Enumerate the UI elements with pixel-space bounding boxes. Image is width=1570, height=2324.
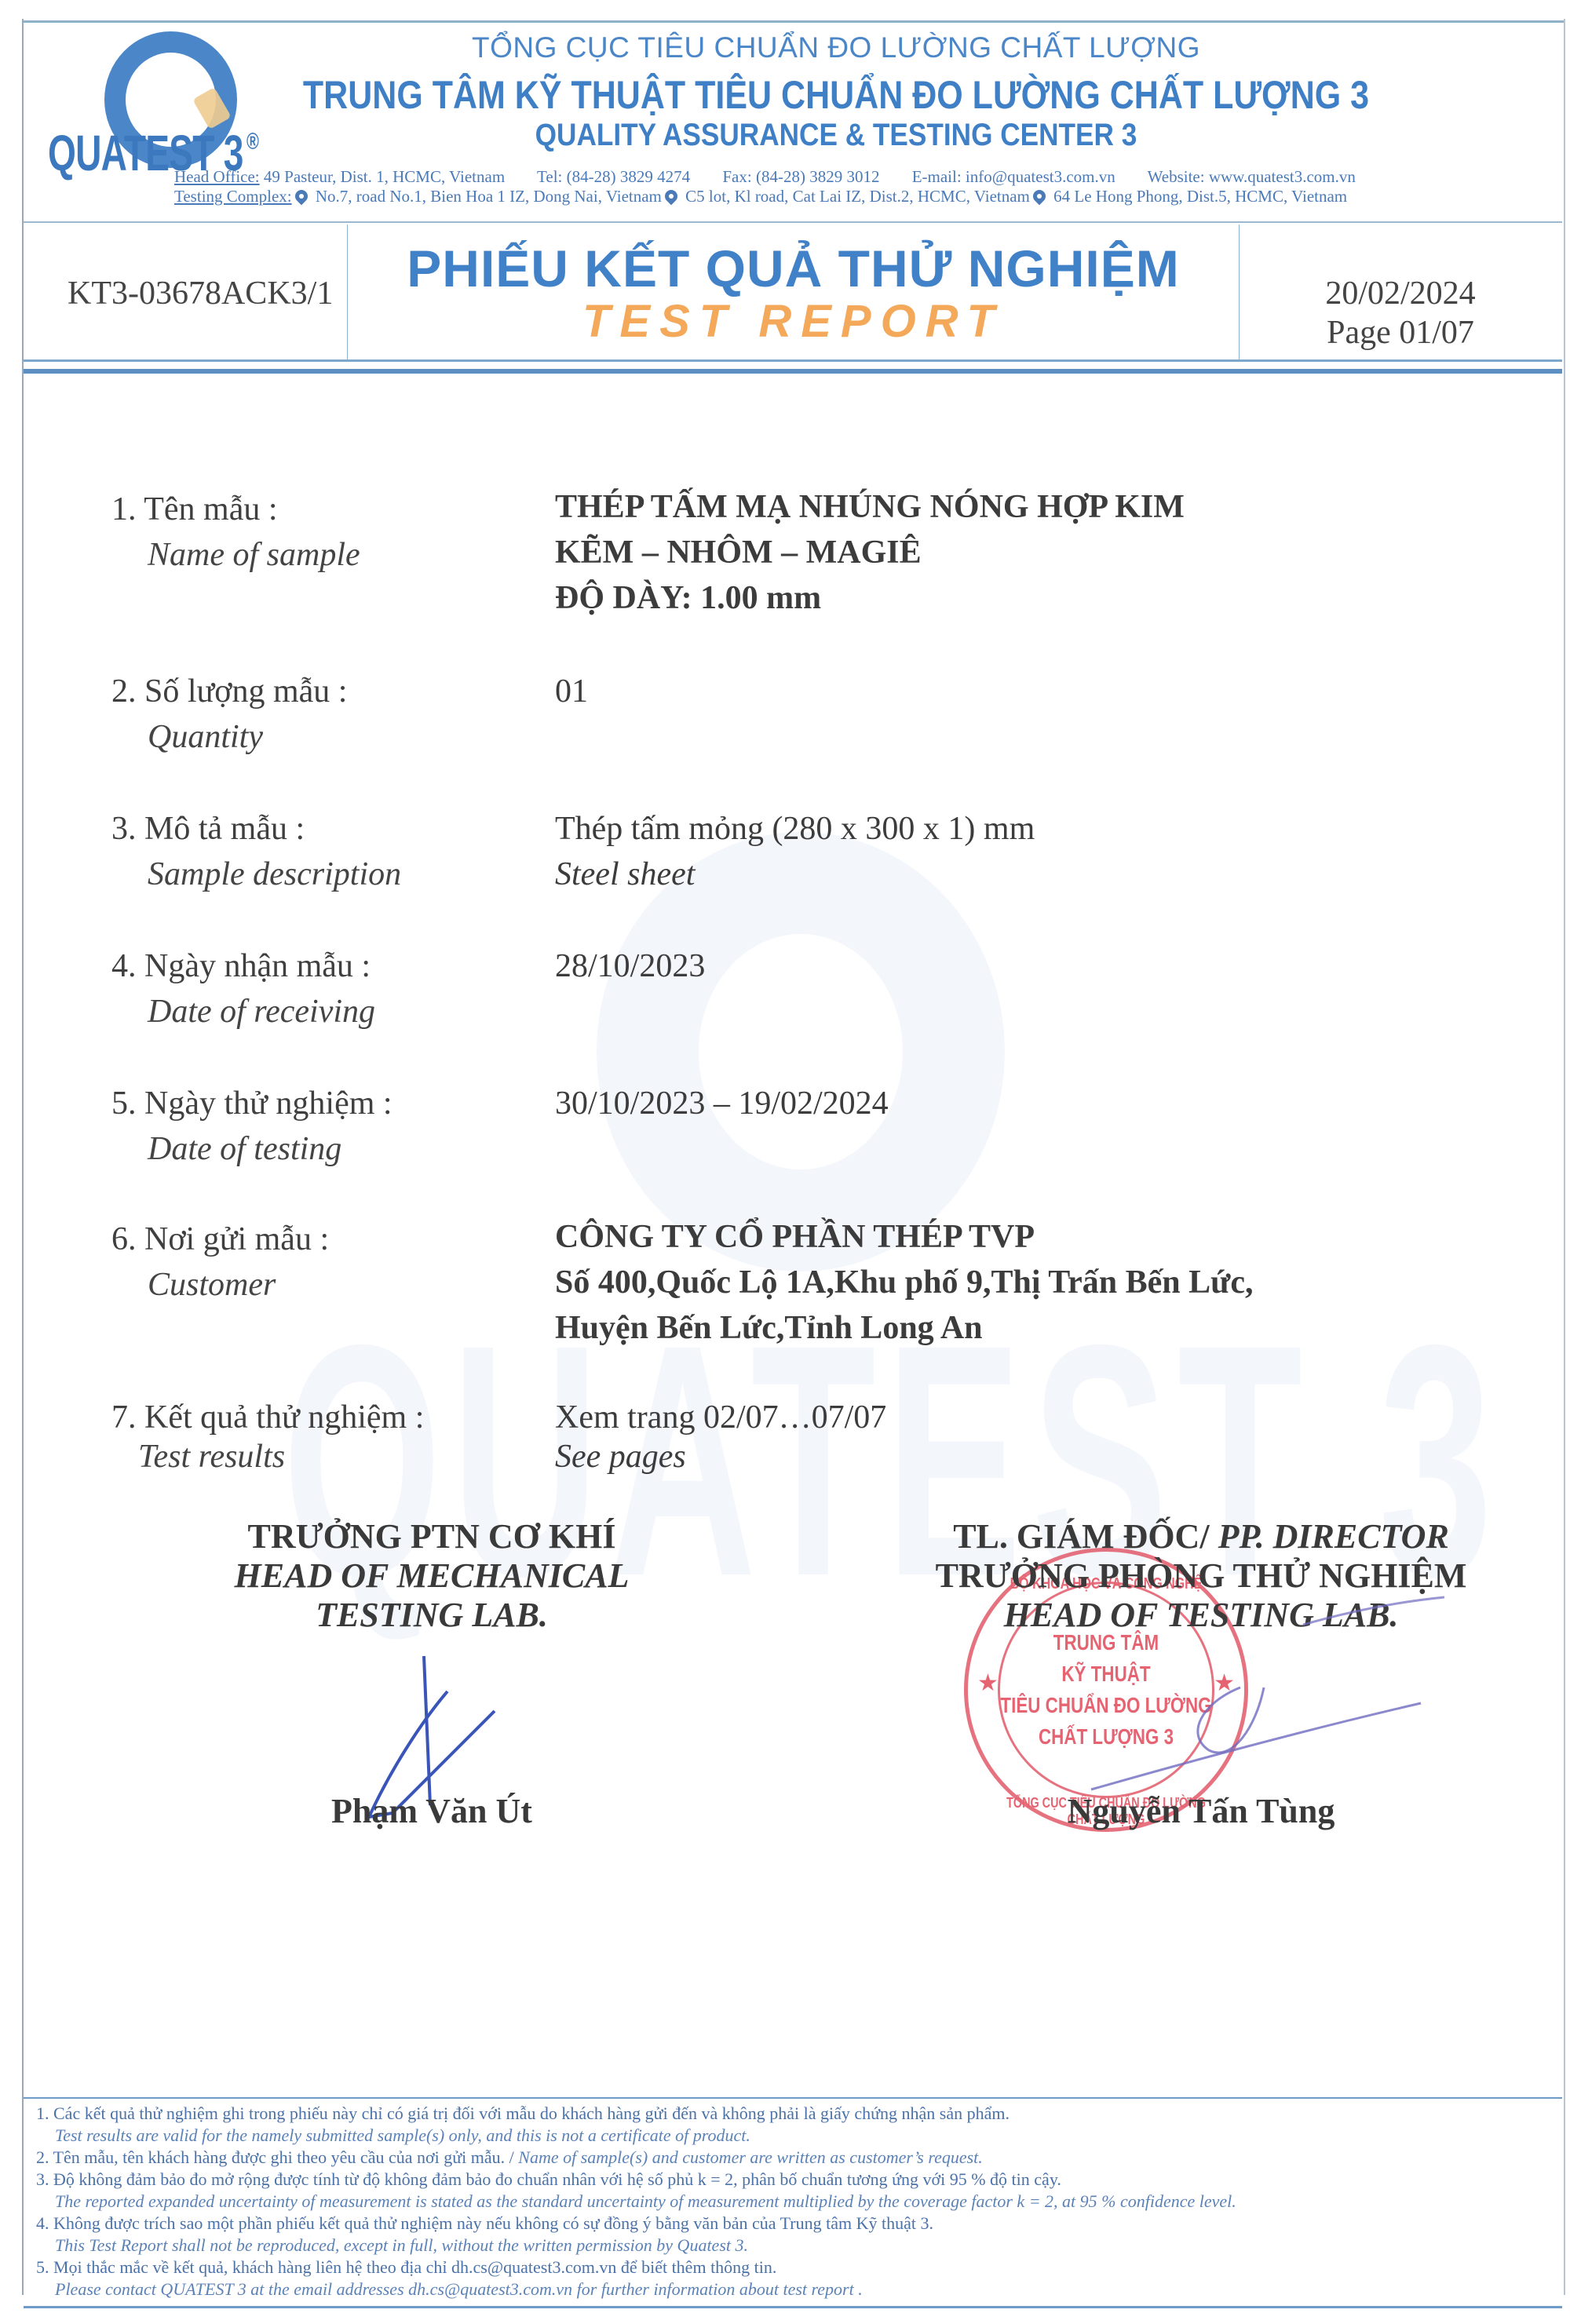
field-label: 1. Tên mẫu : xyxy=(111,491,278,528)
field-sublabel: Date of testing xyxy=(148,1130,341,1168)
head-office-line: Head Office: 49 Pasteur, Dist. 1, HCMC, … xyxy=(174,167,1356,187)
testing-complex-address-3: 64 Le Hong Phong, Dist.5, HCMC, Vietnam xyxy=(1053,187,1347,206)
field-value: Huyện Bến Lức,Tỉnh Long An xyxy=(555,1309,983,1347)
field-value: Thép tấm mỏng (280 x 300 x 1) mm xyxy=(555,810,1035,848)
note-5-vn: 5. Mọi thắc mắc về kết quả, khách hàng l… xyxy=(36,2257,776,2278)
signer-name: Nguyễn Tấn Tùng xyxy=(895,1791,1507,1831)
report-date: 20/02/2024 xyxy=(1239,275,1562,312)
note-3-en: The reported expanded uncertainty of mea… xyxy=(55,2191,1236,2212)
field-sublabel: Date of receiving xyxy=(148,993,375,1031)
signer-name: Phạm Văn Út xyxy=(149,1791,714,1831)
email: E-mail: info@quatest3.com.vn xyxy=(912,167,1115,186)
notes-divider-top xyxy=(24,2097,1562,2099)
head-office-label: Head Office: xyxy=(174,167,260,186)
field-sublabel: Quantity xyxy=(148,718,263,756)
note-4-vn: 4. Không được trích sao một phần phiếu k… xyxy=(36,2213,933,2234)
field-sublabel: Customer xyxy=(148,1266,276,1304)
note-3-vn: 3. Độ không đảm bảo đo mở rộng được tính… xyxy=(36,2169,1061,2190)
field-label: 5. Ngày thử nghiệm : xyxy=(111,1085,392,1122)
website: Website: www.quatest3.com.vn xyxy=(1148,167,1356,186)
title-rule-thin xyxy=(24,359,1562,362)
note-1-en: Test results are valid for the namely su… xyxy=(55,2125,750,2146)
field-sublabel: Name of sample xyxy=(148,536,360,574)
signature-scribble-icon xyxy=(1044,1593,1452,1797)
signer-title-vn: TRƯỞNG PTN CƠ KHÍ xyxy=(149,1516,714,1556)
note-4-en: This Test Report shall not be reproduced… xyxy=(55,2235,748,2256)
report-number: KT3-03678ACK3/1 xyxy=(68,275,333,312)
field-value: Steel sheet xyxy=(555,856,695,893)
agency-name: TỔNG CỤC TIÊU CHUẨN ĐO LƯỜNG CHẤT LƯỢNG xyxy=(0,31,1570,64)
field-value: Xem trang 02/07…07/07 xyxy=(555,1399,886,1436)
testing-complex-address-1: No.7, road No.1, Bien Hoa 1 IZ, Dong Nai… xyxy=(316,187,662,206)
field-label: 4. Ngày nhận mẫu : xyxy=(111,947,371,985)
field-value: ĐỘ DÀY: 1.00 mm xyxy=(555,579,821,617)
field-label: 3. Mô tả mẫu : xyxy=(111,810,305,848)
field-value: CÔNG TY CỔ PHẦN THÉP TVP xyxy=(555,1218,1035,1256)
signer-title-en: HEAD OF MECHANICAL xyxy=(149,1556,714,1596)
testing-complex-address-2: C5 lot, Kl road, Cat Lai IZ, Dist.2, HCM… xyxy=(685,187,1030,206)
field-value: Số 400,Quốc Lộ 1A,Khu phố 9,Thị Trấn Bến… xyxy=(555,1264,1254,1301)
field-value: KẼM – NHÔM – MAGIÊ xyxy=(555,534,922,571)
location-pin-icon xyxy=(292,188,310,206)
location-pin-icon xyxy=(1031,188,1049,206)
star-icon: ★ xyxy=(977,1669,999,1697)
signer-title-line2: TRƯỞNG PHÒNG THỬ NGHIỆM xyxy=(895,1556,1507,1596)
title-rule-thick xyxy=(24,369,1562,374)
page-number: Page 01/07 xyxy=(1239,314,1562,352)
location-pin-icon xyxy=(663,188,681,206)
field-label: 6. Nơi gửi mẫu : xyxy=(111,1220,329,1258)
testing-complex-line: Testing Complex: No.7, road No.1, Bien H… xyxy=(174,187,1347,206)
note-1-vn: 1. Các kết quả thử nghiệm ghi trong phiế… xyxy=(36,2103,1010,2124)
field-sublabel: Sample description xyxy=(148,856,401,893)
watermark-logo-ring xyxy=(597,832,1005,1271)
field-value: THÉP TẤM MẠ NHÚNG NÓNG HỢP KIM xyxy=(555,488,1185,526)
report-title-vn: PHIẾU KẾT QUẢ THỬ NGHIỆM xyxy=(348,239,1239,298)
field-value: 28/10/2023 xyxy=(555,947,705,985)
field-value: See pages xyxy=(555,1438,686,1476)
center-name-vn: TRUNG TÂM KỸ THUẬT TIÊU CHUẨN ĐO LƯỜNG C… xyxy=(117,72,1467,118)
field-label: 7. Kết quả thử nghiệm : xyxy=(111,1399,424,1436)
report-title-en: TEST REPORT xyxy=(348,295,1239,348)
note-2: 2. Tên mẫu, tên khách hàng được ghi theo… xyxy=(36,2147,983,2168)
note-5-en: Please contact QUATEST 3 at the email ad… xyxy=(55,2279,863,2300)
center-name-en: QUALITY ASSURANCE & TESTING CENTER 3 xyxy=(100,118,1482,153)
testing-complex-label: Testing Complex: xyxy=(174,187,292,206)
fax: Fax: (84-28) 3829 3012 xyxy=(722,167,879,186)
notes-divider-bottom xyxy=(24,2306,1562,2308)
header-divider xyxy=(24,221,1562,223)
signer-title-line1: TL. GIÁM ĐỐC/ PP. DIRECTOR xyxy=(895,1516,1507,1556)
field-label: 2. Số lượng mẫu : xyxy=(111,673,347,710)
head-office-address: 49 Pasteur, Dist. 1, HCMC, Vietnam xyxy=(264,167,505,186)
field-sublabel: Test results xyxy=(138,1438,285,1476)
field-value: 01 xyxy=(555,673,588,710)
field-value: 30/10/2023 – 19/02/2024 xyxy=(555,1085,889,1122)
signer-title-en-2: TESTING LAB. xyxy=(149,1595,714,1635)
phone: Tel: (84-28) 3829 4274 xyxy=(537,167,690,186)
